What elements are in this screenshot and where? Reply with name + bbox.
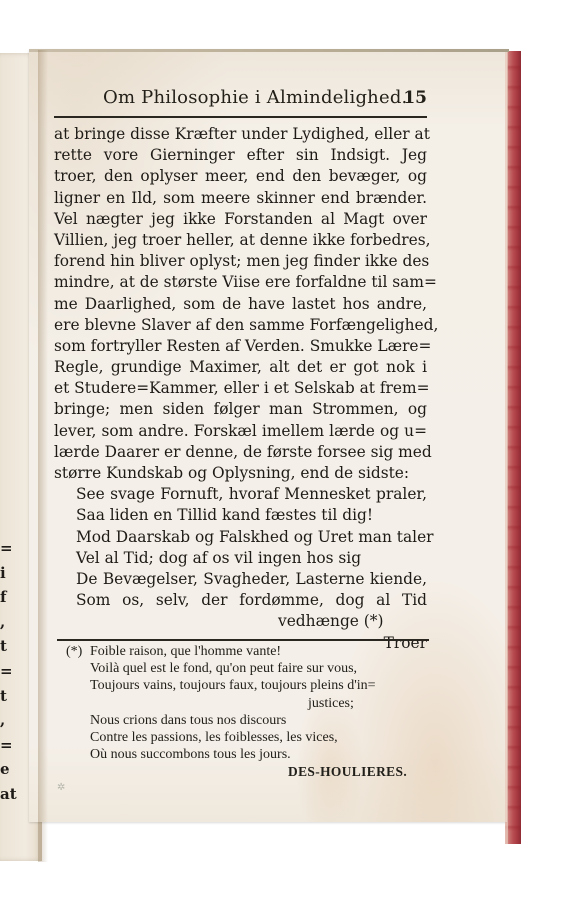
book-photo: = i f , t = t , = e at Om Philosophie i … (0, 0, 583, 900)
left-fragment: , (0, 610, 14, 635)
footnote-text: Foible raison, que l'homme vante! (90, 644, 281, 659)
footnote-rule (57, 639, 429, 641)
footnote-line: (*)Foible raison, que l'homme vante! (66, 643, 436, 660)
footnote-line: Toujours vains, toujours faux, toujours … (66, 677, 436, 694)
head-rule (54, 116, 427, 118)
verse-line: Mod Daarskab og Falskhed og Uret man tal… (54, 527, 427, 548)
body-line: forend hin bliver oplyst; men jeg finder… (54, 251, 427, 272)
verse-line: Saa liden en Tillid kand fæstes til dig! (54, 505, 427, 526)
page-edge-highlight (505, 51, 508, 844)
body-line: mindre, at de største Viise ere forfaldn… (54, 272, 427, 293)
verse-line: Vel al Tid; dog af os vil ingen hos sig (54, 548, 427, 569)
body-line: rette vore Gierninger efter sin Indsigt.… (54, 145, 427, 166)
running-title: Om Philosophie i Almindelighed. (103, 87, 407, 108)
body-line: ere blevne Slaver af den samme Forfængel… (54, 315, 427, 336)
body-line: bringe; men siden følger man Strommen, o… (54, 399, 427, 420)
body-line: som fortryller Resten af Verden. Smukke … (54, 336, 427, 357)
body-line: Villien, jeg troer heller, at denne ikke… (54, 230, 427, 251)
body-line: et Studere=Kammer, eller i et Selskab at… (54, 378, 427, 399)
page-number: 15 (403, 88, 427, 108)
footnote-continuation: justices; (66, 695, 436, 712)
left-fragment: t (0, 684, 14, 709)
footnote-line: Où nous succombons tous les jours. (66, 746, 436, 763)
left-fragment: at (0, 782, 14, 807)
body-line: lærde Daarer er denne, de første forsee … (54, 442, 427, 463)
body-line: at bringe disse Kræfter under Lydighed, … (54, 124, 427, 145)
verse-line: Som os, selv, der fordømme, dog al Tid (54, 590, 427, 611)
body-line: Vel nægter jeg ikke Forstanden al Magt o… (54, 209, 427, 230)
running-head: Om Philosophie i Almindelighed. 15 (54, 84, 427, 118)
left-fragment: e (0, 757, 14, 782)
verse-end-line: vedhænge (*) (54, 611, 427, 632)
body-line: me Daarlighed, som de have lastet hos an… (54, 294, 427, 315)
body-text: at bringe disse Kræfter under Lydighed, … (54, 124, 427, 654)
text-block: Om Philosophie i Almindelighed. 15 at br… (54, 84, 427, 654)
gutter-shadow (38, 50, 48, 862)
footnote: (*)Foible raison, que l'homme vante! Voi… (66, 643, 436, 781)
left-fragment: = (0, 733, 14, 758)
body-line: større Kundskab og Oplysning, end de sid… (54, 463, 427, 484)
left-fragment: t (0, 634, 14, 659)
faint-show-through-mark: ✲ (57, 782, 65, 793)
body-line: lever, som andre. Forskæl imellem lærde … (54, 421, 427, 442)
left-fragment: , (0, 708, 14, 733)
page-top-edge (29, 49, 509, 52)
body-line: Regle, grundige Maximer, alt det er got … (54, 357, 427, 378)
body-line: troer, den oplyser meer, end den bevæger… (54, 166, 427, 187)
footnote-author: DES-HOULIERES. (66, 763, 436, 780)
verse-line: See svage Fornuft, hvoraf Mennesket pral… (54, 484, 427, 505)
footnote-line: Nous crions dans tous nos discours (66, 712, 436, 729)
left-fragment: = (0, 659, 14, 684)
left-fragment: i (0, 561, 14, 586)
body-line: ligner en Ild, som meere skinner end bræ… (54, 188, 427, 209)
verse-line: De Bevægelser, Svagheder, Lasterne kiend… (54, 569, 427, 590)
left-fragment: f (0, 585, 14, 610)
footnote-mark: (*) (66, 643, 90, 660)
footnote-line: Voilà quel est le fond, qu'on peut faire… (66, 660, 436, 677)
left-page-text-fragments: = i f , t = t , = e at (0, 536, 14, 807)
left-fragment: = (0, 536, 14, 561)
footnote-line: Contre les passions, les foiblesses, les… (66, 729, 436, 746)
